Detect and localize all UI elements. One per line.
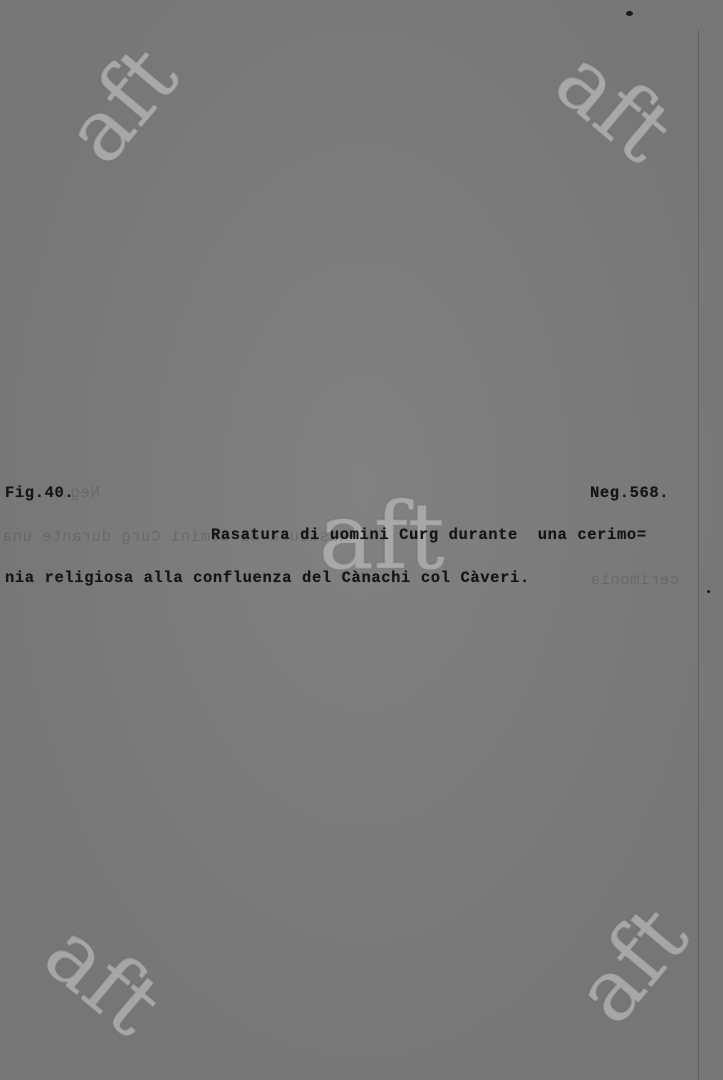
figure-number: Fig.40. bbox=[5, 484, 74, 502]
watermark-bottom-right: aft bbox=[560, 892, 702, 1037]
watermark-top-right: aft bbox=[541, 34, 686, 176]
page-edge-line bbox=[698, 30, 699, 1080]
ink-speck bbox=[626, 11, 633, 16]
ink-speck bbox=[707, 590, 710, 593]
caption-line-1: Rasatura di uomini Curg durante una ceri… bbox=[211, 526, 647, 544]
show-through-text: cerimonia bbox=[590, 571, 679, 589]
caption-line-2: nia religiosa alla confluenza del Cànach… bbox=[5, 569, 530, 587]
negative-number: Neg.568. bbox=[590, 484, 669, 502]
watermark-top-left: aft bbox=[50, 32, 192, 177]
scanned-document-page: aft aft aft aft aft Neg. Rasatura di uom… bbox=[0, 0, 723, 1080]
watermark-bottom-left: aft bbox=[30, 907, 175, 1049]
